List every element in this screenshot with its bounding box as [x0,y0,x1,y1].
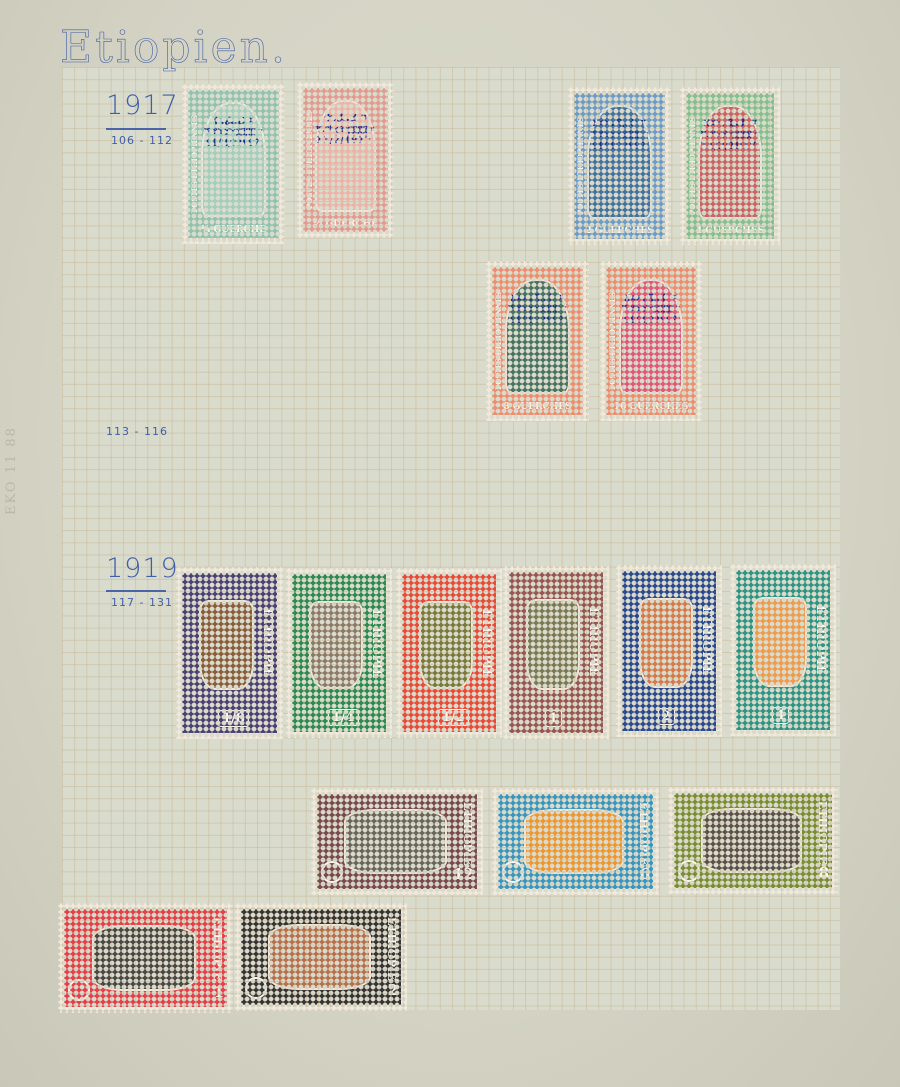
stamp-vignette [199,600,254,690]
stamp-vignette [92,925,196,992]
overprint-line: ተ.ፈ.ሪ ። [188,114,279,128]
stamp-1919-buffalo: ETHIOPIE2 [235,903,407,1011]
stamp-country: ETHIOPIE [816,801,829,865]
stamp-frame: ETHIOPIE1/2 [402,574,496,732]
stamp-value: 16 GUERCHES [606,402,696,412]
stamp-frame: ETHIOPIE12 [317,794,477,889]
overprint-line: 11/2/1917. [303,135,388,147]
overprint: ዘው.ዲ.ቱ ።ኝ.የካቲት፡፲፱፻፱ ።11/2/1917. [686,116,774,152]
stamp-vignette [344,809,446,874]
stamp-frame: ETHIOPIE1 [64,909,227,1007]
stamp-frame: ½ GUERCHEPOSTES ETHIOPIENNESተ.ፈ.ሪ ።ኝ.የካቲ… [303,88,388,232]
section-rule [106,590,166,592]
stamp-frame: ETHIOPIE1/8 [182,573,277,733]
country-heading: Etiopien. [60,22,288,73]
overprint: ዘው.ዲ.ቱ ።ኝ.የካቲት፡፲፱፻፱ ።11/2/1917. [492,291,583,327]
overprint-line: ዘው.ዲ.ቱ ። [492,291,583,305]
stamp-vignette [309,601,364,689]
stamp-country: ETHIOPIE [261,608,275,677]
section-year-1917: 1917 [106,90,179,121]
overprint-line: ዘው.ዲ.ቱ ። [686,116,774,130]
catalog-range-106-112: 106 - 112 [111,134,173,147]
stamp-frame: 2 GUERCHESPOSTES ETHIOPIENNESዘው.ዲ.ቱ ።ኝ.የ… [574,93,665,239]
stamp-country: ETHIOPIE [637,802,650,866]
overprint-line: 11/2/1917. [686,141,774,153]
stamp-frame: ETHIOPIE8 [674,793,832,888]
stamp-vignette [524,809,623,874]
overprint-line: 11/2/1917. [188,138,279,150]
stamp-1919-antelope: ETHIOPIE1/8 [176,567,283,739]
album-page: EKO 11 88 Etiopien. 1917 106 - 112 113 -… [0,0,900,1087]
stamp-1919-church: ETHIOPIE6 [492,788,659,895]
stamp-frame: ¼ GUERCHEPOSTES ETHIOPIENNESተ.ፈ.ሪ ።ኝ.የካቲ… [188,90,279,238]
overprint-line: ኝ.የካቲት፡፲፱፻፱ ። [686,130,774,140]
overprint-line: ኝ.የካቲት፡፲፱፻፱ ። [492,304,583,314]
stamp-1919-rhinoceros: ETHIOPIE8 [668,787,838,894]
stamp-1917-2-guerches: 2 GUERCHESPOSTES ETHIOPIENNESዘው.ዲ.ቱ ።ኝ.የ… [568,87,671,245]
stamp-value: 1/8 [218,710,249,727]
overprint: ተ.ፈ.ሪ ።ኝ.የካቲት፡፲፱፻፱ ።11/2/1917. [188,114,279,150]
stamp-frame: 8 GUERCHESPOSTES ETHIOPIENNESዘው.ዲ.ቱ ።ኝ.የ… [492,267,583,415]
stamp-frame: 16 GUERCHESPOSTES ETHIOPIENNESዘው.ዲ.ቱ ።ኝ.… [606,267,696,415]
stamp-1919-leopard: ETHIOPIE1/2 [396,568,502,738]
overprint: ዘው.ዲ.ቱ ።ኝ.የካቲት፡፲፱፻፱ ።11/2/1917. [606,291,696,327]
overprint-line: ዘው.ዲ.ቱ ። [606,291,696,305]
stamp-1919-elephant: ETHIOPIE1 [58,903,233,1013]
overprint-line: 11/2/1917. [606,315,696,327]
stamp-frame: 4 GUERCHESPOSTES ETHIOPIENNESዘው.ዲ.ቱ ።ኝ.የ… [686,93,774,239]
stamp-1919-portrait-1g: ETHIOPIE1 [503,566,609,739]
stamp-value: 4 [772,707,789,724]
stamp-value: 2 [388,981,398,999]
stamp-country: ETHIOPIE [461,802,474,866]
overprint-line: 11/2/1917. [574,141,665,153]
stamp-1919-ostriches: ETHIOPIE12 [311,788,483,895]
stamp-country: ETHIOPIE [370,609,384,678]
stamp-frame: ETHIOPIE1/4 [292,574,386,732]
stamp-1917-16-guerches: 16 GUERCHESPOSTES ETHIOPIENNESዘው.ዲ.ቱ ።ኝ.… [600,261,702,421]
stamp-1919-giraffes: ETHIOPIE1/4 [286,568,392,738]
overprint-line: ኝ.የካቲት፡፲፱፻፱ ። [574,130,665,140]
stamp-country: ETHIOPIE [385,917,398,981]
stamp-1919-portrait-2g: ETHIOPIE2 [616,565,722,737]
stamp-country: ETHIOPIE [814,605,828,674]
stamp-country: ETHIOPIE [211,917,224,981]
spine-marking: EKO 11 88 [4,426,19,515]
overprint-line: ዘው.ዲ.ቱ ። [574,116,665,130]
rosette-icon [321,861,343,883]
stamp-1917-half-guerche: ½ GUERCHEPOSTES ETHIOPIENNESተ.ፈ.ሪ ።ኝ.የካቲ… [297,82,394,238]
stamp-vignette [268,924,370,989]
rosette-icon [245,977,267,999]
stamp-frame: ETHIOPIE1 [509,572,603,733]
stamp-value: ½ GUERCHE [303,219,388,229]
rosette-icon [68,979,90,1001]
stamp-1917-8-guerches: 8 GUERCHESPOSTES ETHIOPIENNESዘው.ዲ.ቱ ።ኝ.የ… [486,261,589,421]
stamp-value: ¼ GUERCHE [188,225,279,235]
stamp-1919-portrait-4g: ETHIOPIE4 [730,564,836,736]
overprint-line: ተ.ፈ.ሪ ። [303,111,388,125]
stamp-value: 1 [214,983,224,1001]
stamp-vignette [419,601,474,689]
stamp-value: 1 [545,710,562,727]
stamp-1917-4-guerches: 4 GUERCHESPOSTES ETHIOPIENNESዘው.ዲ.ቱ ።ኝ.የ… [680,87,780,245]
stamp-value: 12 [453,865,474,883]
overprint-line: ኝ.የካቲት፡፲፱፻፱ ። [606,304,696,314]
overprint-line: 11/2/1917. [492,315,583,327]
stamp-value: 2 [658,708,675,725]
stamp-frame: ETHIOPIE4 [736,570,830,730]
stamp-value: 1/2 [438,709,469,726]
stamp-country: ETHIOPIE [480,609,494,678]
stamp-value: 6 [640,865,650,883]
catalog-range-113-116: 113 - 116 [106,425,168,438]
stamp-value: 1/4 [328,709,359,726]
stamp-value: 2 GUERCHES [574,226,665,236]
stamp-value: 8 [819,864,829,882]
stamp-country: ETHIOPIE [700,606,714,675]
stamp-frame: ETHIOPIE2 [622,571,716,731]
stamp-frame: ETHIOPIE2 [241,909,401,1005]
section-year-1919: 1919 [106,553,179,584]
stamp-country: ETHIOPIE [587,607,601,676]
overprint: ዘው.ዲ.ቱ ።ኝ.የካቲት፡፲፱፻፱ ።11/2/1917. [574,116,665,152]
stamp-vignette [701,808,802,873]
stamp-value: 8 GUERCHES [492,402,583,412]
rosette-icon [502,861,524,883]
stamp-1917-quarter-guerche: ¼ GUERCHEPOSTES ETHIOPIENNESተ.ፈ.ሪ ።ኝ.የካቲ… [182,84,285,244]
catalog-range-117-131: 117 - 131 [111,596,173,609]
stamp-vignette [639,598,694,688]
overprint-line: ኝ.የካቲት፡፲፱፻፱ ። [303,125,388,135]
section-rule [106,128,166,130]
stamp-value: 4 GUERCHES [686,226,774,236]
overprint-line: ኝ.የካቲት፡፲፱፻፱ ። [188,127,279,137]
stamp-frame: ETHIOPIE6 [498,794,653,889]
stamp-vignette [526,599,581,689]
overprint: ተ.ፈ.ሪ ።ኝ.የካቲት፡፲፱፻፱ ።11/2/1917. [303,111,388,147]
stamp-vignette [753,597,808,687]
rosette-icon [678,860,700,882]
